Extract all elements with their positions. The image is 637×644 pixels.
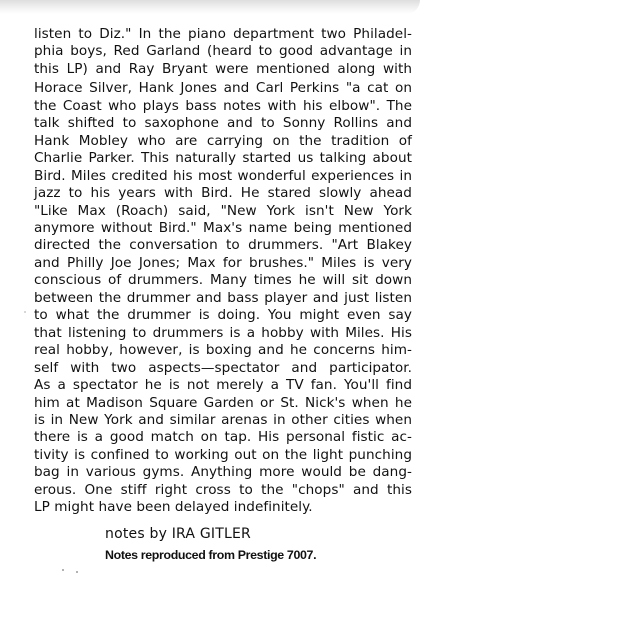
text-line: listen to Diz." In the piano department …: [34, 26, 412, 43]
text-line: real hobby, however, is boxing and he co…: [34, 342, 412, 359]
text-line: anymore without Bird." Max's name being …: [34, 220, 412, 237]
text-line: that listening to drummers is a hobby wi…: [34, 325, 412, 342]
text-line: to what the drummer is doing. You might …: [34, 307, 412, 324]
dust-speck: [62, 569, 64, 571]
text-line: him at Madison Square Garden or St. Nick…: [34, 395, 412, 412]
text-line: the Coast who plays bass notes with his …: [34, 98, 412, 115]
author-credit: notes by IRA GITLER: [105, 525, 251, 543]
text-line: Hank Mobley who are carrying on the trad…: [34, 133, 412, 150]
text-line: Bird. Miles credited his most wonderful …: [34, 168, 412, 185]
text-line: Charlie Parker. This naturally started u…: [34, 150, 412, 167]
scan-edge-shadow: [0, 0, 420, 14]
text-line: Horace Silver, Hank Jones and Carl Perki…: [34, 80, 412, 97]
text-line: self with two aspects—spectator and part…: [34, 360, 412, 377]
text-line: "Like Max (Roach) said, "New York isn't …: [34, 203, 412, 220]
text-line: erous. One stiff right cross to the "cho…: [34, 482, 412, 499]
text-line: is in New York and similar arenas in oth…: [34, 412, 412, 429]
text-line: this LP) and Ray Bryant were mentioned a…: [34, 61, 412, 78]
text-line: conscious of drummers. Many times he wil…: [34, 272, 412, 289]
text-line: tivity is confined to working out on the…: [34, 447, 412, 464]
text-line: phia boys, Red Garland (heard to good ad…: [34, 43, 412, 60]
dust-speck: [76, 571, 78, 573]
text-line: jazz to his years with Bird. He stared s…: [34, 185, 412, 202]
reproduction-note: Notes reproduced from Prestige 7007.: [105, 547, 316, 563]
text-line: LP might have been delayed indefinitely.: [34, 499, 412, 516]
text-line: talk shifted to saxophone and to Sonny R…: [34, 115, 412, 132]
dust-speck: [24, 311, 26, 313]
text-line: As a spectator he is not merely a TV fan…: [34, 377, 412, 394]
liner-notes-body: listen to Diz." In the piano department …: [34, 26, 412, 517]
text-line: between the drummer and bass player and …: [34, 290, 412, 307]
text-line: and Philly Joe Jones; Max for brushes." …: [34, 255, 412, 272]
text-line: directed the conversation to drummers. "…: [34, 237, 412, 254]
text-line: bag in various gyms. Anything more would…: [34, 464, 412, 481]
text-line: there is a good match on tap. His person…: [34, 429, 412, 446]
